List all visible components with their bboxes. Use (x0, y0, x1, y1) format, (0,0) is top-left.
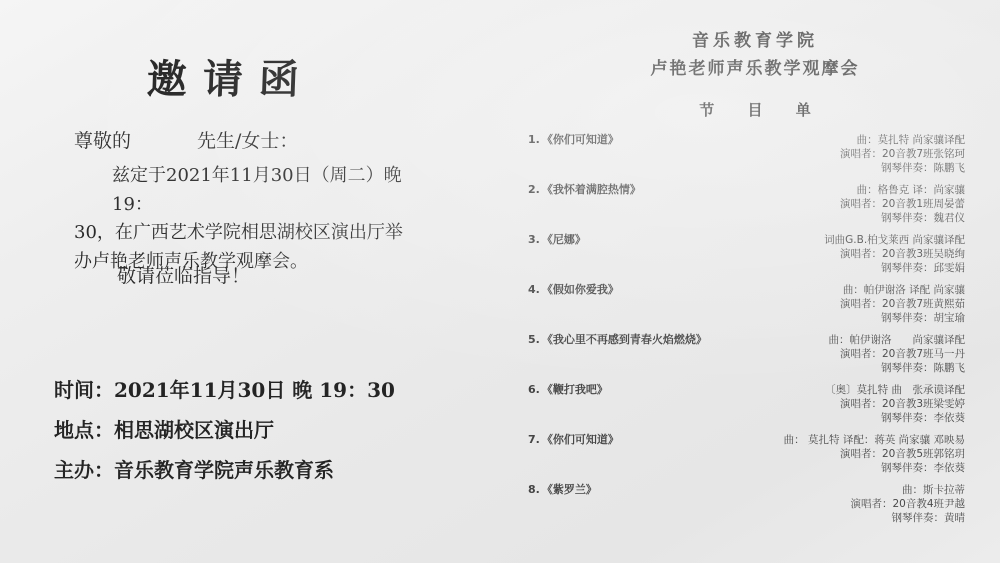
detail-time: 时间：2021年11月30日 晚 19：30 (54, 379, 395, 401)
song-number: 4. (528, 283, 540, 296)
invitation-closing: 敬请莅临指导！ (117, 261, 250, 288)
composer-line: 曲：帕伊谢洛 译配 尚家骧 (840, 283, 965, 297)
composer-line: 词曲G.B.柏戈莱西 尚家骧译配 (824, 233, 965, 247)
body-line: 兹定于2021年11月30日（周二）晚19： (74, 162, 442, 219)
performer-line: 演唱者：20音教7班黄熙茹 (840, 297, 965, 311)
composer-line: 〔奥〕莫扎特 曲 张承谟译配 (825, 383, 965, 397)
song-credits: 曲：斯卡拉蒂 演唱者：20音教4班尹越 钢琴伴奏：黄晴 (850, 483, 965, 525)
piano-line: 钢琴伴奏：陈鹏飞 (829, 361, 966, 375)
song-credits: 曲：帕伊谢洛 尚家骧译配 演唱者：20音教7班马一丹 钢琴伴奏：陈鹏飞 (829, 333, 966, 375)
program-item: 1.《你们可知道》 曲：莫扎特 尚家骧译配 演唱者：20音教7班张铭珂 钢琴伴奏… (520, 133, 965, 175)
song-title: 1.《你们可知道》 (520, 133, 619, 147)
invitation-details: 时间：2021年11月30日 晚 19：30 地点：相思湖校区演出厅 主办：音乐… (54, 379, 395, 499)
performer-line: 演唱者：20音教1班周晏蕾 (840, 197, 965, 211)
invitation-body: 兹定于2021年11月30日（周二）晚19： 30，在广西艺术学院相思湖校区演出… (74, 162, 442, 276)
composer-line: 曲：斯卡拉蒂 (850, 483, 965, 497)
song-title-text: 《鞭打我吧》 (542, 383, 608, 396)
song-title-text: 《紫罗兰》 (542, 483, 597, 496)
program-item: 5.《我心里不再感到青春火焰燃烧》 曲：帕伊谢洛 尚家骧译配 演唱者：20音教7… (520, 333, 965, 375)
composer-line: 曲：帕伊谢洛 尚家骧译配 (829, 333, 966, 347)
body-line: 30，在广西艺术学院相思湖校区演出厅举 (74, 219, 442, 248)
song-title: 6.《鞭打我吧》 (520, 383, 608, 397)
composer-line: 曲：莫扎特 尚家骧译配 (840, 133, 965, 147)
song-number: 5. (528, 333, 540, 346)
song-title: 5.《我心里不再感到青春火焰燃烧》 (520, 333, 707, 347)
greeting-suffix: 先生/女士： (197, 130, 298, 152)
song-credits: 曲：格鲁克 译：尚家骧 演唱者：20音教1班周晏蕾 钢琴伴奏：魏君仪 (840, 183, 965, 225)
performer-line: 演唱者：20音教7班马一丹 (829, 347, 966, 361)
program-item: 2.《我怀着满腔热情》 曲：格鲁克 译：尚家骧 演唱者：20音教1班周晏蕾 钢琴… (520, 183, 965, 225)
song-credits: 曲： 莫扎特 译配：蒋英 尚家骧 邓映易 演唱者：20音教5班郭铭玥 钢琴伴奏：… (784, 433, 965, 475)
program-item: 3.《尼娜》 词曲G.B.柏戈莱西 尚家骧译配 演唱者：20音教3班吴晓绚 钢琴… (520, 233, 965, 275)
song-title-text: 《假如你爱我》 (542, 283, 619, 296)
song-title: 4.《假如你爱我》 (520, 283, 619, 297)
program-item: 7.《你们可知道》 曲： 莫扎特 译配：蒋英 尚家骧 邓映易 演唱者：20音教5… (520, 433, 965, 475)
program-heading: 节 目 单 (520, 99, 990, 120)
piano-line: 钢琴伴奏：李依葵 (825, 411, 965, 425)
song-credits: 曲：帕伊谢洛 译配 尚家骧 演唱者：20音教7班黄熙茹 钢琴伴奏：胡宝瑜 (840, 283, 965, 325)
program-item: 6.《鞭打我吧》 〔奥〕莫扎特 曲 张承谟译配 演唱者：20音教3班梁雯婷 钢琴… (520, 383, 965, 425)
performer-line: 演唱者：20音教7班张铭珂 (840, 147, 965, 161)
performer-line: 演唱者：20音教4班尹越 (850, 497, 965, 511)
piano-line: 钢琴伴奏：李依葵 (784, 461, 965, 475)
detail-organizer: 主办：音乐教育学院声乐教育系 (54, 459, 395, 481)
song-number: 3. (528, 233, 540, 246)
song-title-text: 《尼娜》 (542, 233, 586, 246)
song-number: 2. (528, 183, 540, 196)
piano-line: 钢琴伴奏：黄晴 (850, 511, 965, 525)
composer-line: 曲：格鲁克 译：尚家骧 (840, 183, 965, 197)
song-number: 8. (528, 483, 540, 496)
college-name: 音乐教育学院 (520, 26, 990, 51)
song-credits: 〔奥〕莫扎特 曲 张承谟译配 演唱者：20音教3班梁雯婷 钢琴伴奏：李依葵 (825, 383, 965, 425)
detail-location: 地点：相思湖校区演出厅 (54, 419, 395, 441)
song-title-text: 《我心里不再感到青春火焰燃烧》 (542, 333, 707, 346)
performer-line: 演唱者：20音教3班吴晓绚 (824, 247, 965, 261)
program-list: 1.《你们可知道》 曲：莫扎特 尚家骧译配 演唱者：20音教7班张铭珂 钢琴伴奏… (520, 133, 965, 533)
song-title: 2.《我怀着满腔热情》 (520, 183, 641, 197)
song-title: 7.《你们可知道》 (520, 433, 619, 447)
song-number: 7. (528, 433, 540, 446)
composer-line: 曲： 莫扎特 译配：蒋英 尚家骧 邓映易 (784, 433, 965, 447)
performer-line: 演唱者：20音教5班郭铭玥 (784, 447, 965, 461)
invitation-title: 邀请函 (146, 48, 316, 105)
event-name: 卢艳老师声乐教学观摩会 (520, 54, 990, 79)
greeting-line: 尊敬的先生/女士： (74, 126, 298, 153)
song-title-text: 《我怀着满腔热情》 (542, 183, 641, 196)
invitation-slide: 邀请函 尊敬的先生/女士： 兹定于2021年11月30日（周二）晚19： 30，… (0, 0, 1000, 563)
piano-line: 钢琴伴奏：陈鹏飞 (840, 161, 965, 175)
song-credits: 词曲G.B.柏戈莱西 尚家骧译配 演唱者：20音教3班吴晓绚 钢琴伴奏：邱雯娟 (824, 233, 965, 275)
song-number: 6. (528, 383, 540, 396)
program-item: 8.《紫罗兰》 曲：斯卡拉蒂 演唱者：20音教4班尹越 钢琴伴奏：黄晴 (520, 483, 965, 525)
program-item: 4.《假如你爱我》 曲：帕伊谢洛 译配 尚家骧 演唱者：20音教7班黄熙茹 钢琴… (520, 283, 965, 325)
greeting-prefix: 尊敬的 (74, 130, 131, 152)
song-title-text: 《你们可知道》 (542, 433, 619, 446)
piano-line: 钢琴伴奏：邱雯娟 (824, 261, 965, 275)
performer-line: 演唱者：20音教3班梁雯婷 (825, 397, 965, 411)
song-credits: 曲：莫扎特 尚家骧译配 演唱者：20音教7班张铭珂 钢琴伴奏：陈鹏飞 (840, 133, 965, 175)
piano-line: 钢琴伴奏：胡宝瑜 (840, 311, 965, 325)
piano-line: 钢琴伴奏：魏君仪 (840, 211, 965, 225)
song-title: 8.《紫罗兰》 (520, 483, 597, 497)
song-title: 3.《尼娜》 (520, 233, 586, 247)
song-number: 1. (528, 133, 540, 146)
song-title-text: 《你们可知道》 (542, 133, 619, 146)
